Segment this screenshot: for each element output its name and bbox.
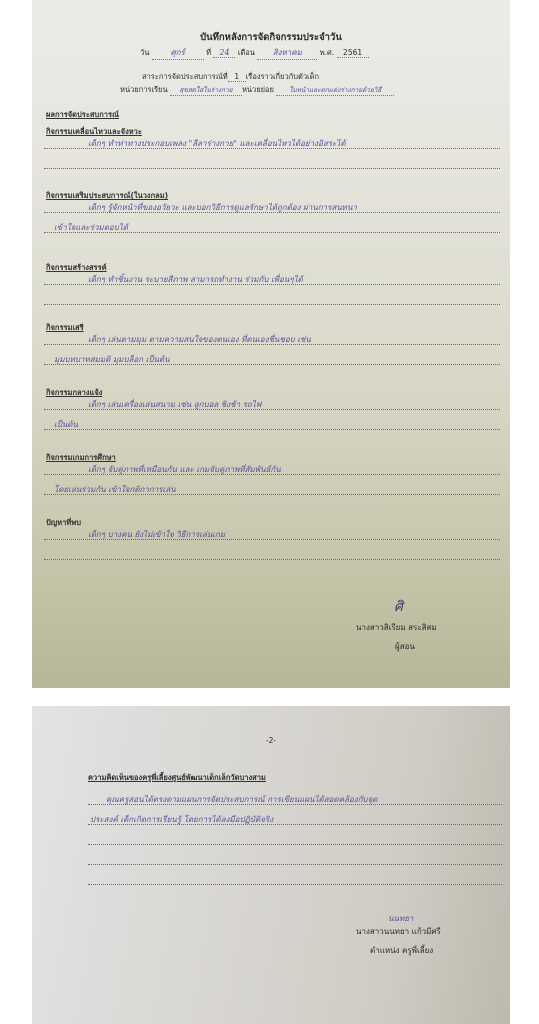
results-heading: ผลการจัดประสบการณ์ <box>46 109 119 121</box>
day-value: ศุกร์ <box>152 46 204 60</box>
dotted-rule <box>44 559 500 560</box>
teacher-role: ผู้สอน <box>395 640 415 653</box>
comment-heading: ความคิดเห็นของครูพี่เลี้ยงศูนย์พัฒนาเด็ก… <box>88 772 266 784</box>
handwritten-line: เข้าใจและร่วมตอบได้ <box>54 221 128 234</box>
mentor-role: ตำแหน่ง ครูพี่เลี้ยง <box>370 944 433 957</box>
learning-unit-label: หน่วยการเรียน <box>120 85 168 94</box>
handwritten-line: เด็กๆ จับคู่ภาพที่เหมือนกัน และ เกมจับคู… <box>88 463 281 476</box>
date-line: วัน ศุกร์ ที่ 24 เดือน สิงหาคม พ.ศ. 2561 <box>140 46 369 60</box>
signature-mark-1: ศิ <box>394 596 403 618</box>
year-value: 2561 <box>337 48 369 58</box>
unit-label: สาระการจัดประสบการณ์ที่ <box>142 72 228 81</box>
handwritten-line: เด็กๆ ทำท่าทางประกอบเพลง "ลีลาร่างกาย" แ… <box>88 137 346 150</box>
handwritten-line: เด็กๆ ทำชิ้นงาน ระบายสีภาพ สามารถทำงาน ร… <box>88 273 303 286</box>
sub-unit-value: ใบหน้าและตกแต่งร่างกายด้วยวิธี <box>276 85 394 96</box>
date-value: 24 <box>213 48 235 58</box>
document-page-2: -2- ความคิดเห็นของครูพี่เลี้ยงศูนย์พัฒนา… <box>32 706 510 1024</box>
handwritten-line: มุมบทบาทสมมติ มุมบล็อก เป็นต้น <box>54 353 170 366</box>
handwritten-line: เป็นต้น <box>54 418 78 431</box>
dotted-rule <box>88 864 502 865</box>
unit-line: สาระการจัดประสบการณ์ที่1เรื่องราวเกี่ยวก… <box>142 71 319 83</box>
unit-number: 1 <box>228 72 246 82</box>
handwritten-line: เด็กๆ บางคน ยังไม่เข้าใจ วิธีการเล่นเกม <box>88 528 225 541</box>
sub-unit-label: หน่วยย่อย <box>242 85 274 94</box>
dotted-rule <box>88 884 502 885</box>
learning-unit-line: หน่วยการเรียน สุขสดใสในร่างกายหน่วยย่อย … <box>120 84 394 96</box>
learning-unit-value: สุขสดใสในร่างกาย <box>170 85 242 96</box>
handwritten-line: เด็กๆ เล่นตามมุม ตามความสนใจของตนเอง ที่… <box>88 333 311 346</box>
unit-topic: เรื่องราวเกี่ยวกับตัวเด็ก <box>246 72 319 81</box>
section-heading: ปัญหาที่พบ <box>46 517 81 529</box>
date-label: ที่ <box>206 48 211 57</box>
day-label: วัน <box>140 48 149 57</box>
document-title: บันทึกหลังการจัดกิจกรรมประจำวัน <box>32 30 510 45</box>
handwritten-line: เด็กๆ เล่นเครื่องเล่นสนาม เช่น ลูกบอล ชิ… <box>88 398 261 411</box>
comment-line: คุณครูสอนได้ตรงตามแผนการจัดประสบการณ์ กา… <box>106 793 377 806</box>
dotted-rule <box>44 168 500 169</box>
page-number: -2- <box>32 736 510 745</box>
month-value: สิงหาคม <box>257 46 317 60</box>
handwritten-line: โดยเล่นร่วมกัน เข้าใจกติกาการเล่น <box>54 483 176 496</box>
year-label: พ.ศ. <box>320 48 334 57</box>
teacher-name: นางสาวสิเรียม สระสิสม <box>356 621 437 634</box>
dotted-rule <box>44 429 500 430</box>
document-page-1: บันทึกหลังการจัดกิจกรรมประจำวัน วัน ศุกร… <box>32 0 510 688</box>
dotted-rule <box>44 304 500 305</box>
mentor-name: นางสาวนนทยา แก้วมีศรี <box>356 925 441 938</box>
dotted-rule <box>88 844 502 845</box>
comment-line: ประสงค์ เด็กเกิดการเรียนรู้ โดยการได้ลงม… <box>90 813 273 826</box>
handwritten-line: เด็กๆ รู้จักหน้าที่ของอวัยวะ และบอกวิธีก… <box>88 201 357 214</box>
signature-mark-2: นนทยา <box>388 912 413 925</box>
month-label: เดือน <box>238 48 255 57</box>
section-heading: กิจกรรมเสรี <box>46 322 84 334</box>
